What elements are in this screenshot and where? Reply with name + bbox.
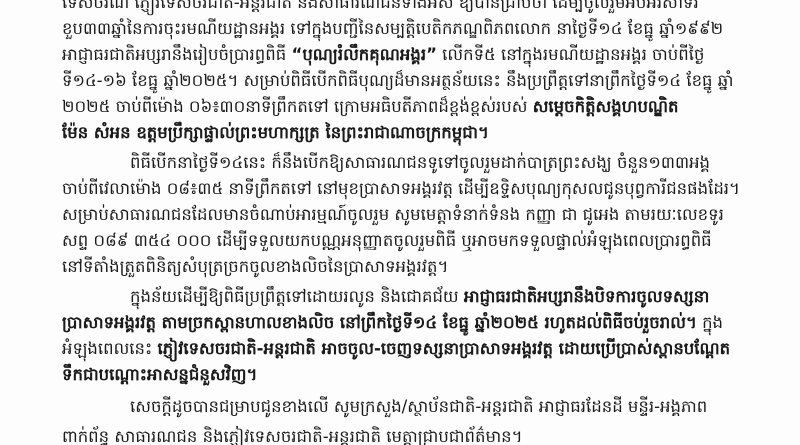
text-segment: ក្នុងន័យដើម្បីឱ្យពិធីប្រព្រឹត្តទៅដោយរលូន…	[130, 287, 464, 306]
text-line: ម៉ែន សំអន ឧត្តមប្រឹក្សាផ្ទាល់ព្រះមហាក្សត…	[62, 120, 742, 146]
alternate-access-notice: ទឹកជាបណ្តោះអាសន្នជំនួសវិញ។	[62, 365, 257, 384]
text-segment: ២០២៥ ចាប់ពីម៉ោង ០៦៖៣០នាទីព្រឹកតទៅ ក្រោមអ…	[62, 97, 533, 116]
text-line: នៅទីតាំងត្រួតពិនិត្យសំបុត្រច្រកចូលខាងលិច…	[62, 254, 742, 280]
text-line: សព្ទ ០៨៩ ៣៥៤ ០០០ ដើម្បីទទួលយកបណ្ណអនុញ្ញា…	[62, 228, 742, 254]
text-line: ក្នុងន័យដើម្បីឱ្យពិធីប្រព្រឹត្តទៅដោយរលូន…	[130, 284, 742, 310]
document-page: ទេសចរណ៍ ភ្ញៀវទេសចរជាតិ-អន្តរជាតិ និងសាធា…	[0, 0, 800, 445]
text-line: ខួប៣៣ឆ្នាំនៃការចុះរមណីយដ្ឋានអង្គរ ទៅក្នុ…	[62, 16, 742, 42]
text-segment: ពាក់ព័ន្ធ សាធារណជន និងភ្ញៀវទេសចរជាតិ-អន្…	[62, 427, 523, 445]
text-segment: សេចក្តីដូចបានជម្រាបជូនខាងលើ សូមក្រសួង/ស្…	[130, 397, 707, 416]
text-segment: អាជ្ញាធរជាតិអប្សរានឹងរៀបចំប្រារព្ធពិធី	[62, 45, 291, 64]
text-line: អាជ្ញាធរជាតិអប្សរានឹងរៀបចំប្រារព្ធពិធី “…	[62, 42, 742, 68]
text-line: ទឹកជាបណ្តោះអាសន្នជំនួសវិញ។	[62, 362, 742, 388]
text-line: ពាក់ព័ន្ធ សាធារណជន និងភ្ញៀវទេសចរជាតិ-អន្…	[62, 424, 742, 445]
text-line: ប្រាសាទអង្គរវត្ត តាមច្រកស្ពានហាលខាងលិច ន…	[62, 310, 742, 336]
text-segment: ទី១៤-១៦ ខែធ្នូ ឆ្នាំ២០២៥។ សម្រាប់ពិធីបើក…	[62, 71, 733, 90]
event-title: “បុណ្យរំលឹកគុណអង្គរ”	[291, 45, 436, 64]
phone-number-line: សព្ទ ០៨៩ ៣៥៤ ០០០ ដើម្បីទទួលយកបណ្ណអនុញ្ញា…	[62, 231, 712, 250]
text-segment: ក្នុង	[697, 313, 723, 332]
text-line: សម្រាប់សាធារណជនដែលមានចំណាប់អារម្មណ៍ចូលរួ…	[62, 202, 742, 228]
text-line: សេចក្តីដូចបានជម្រាបជូនខាងលើ សូមក្រសួង/ស្…	[130, 394, 742, 420]
alternate-access-notice: ភ្ញៀវទេសចរជាតិ-អន្តរជាតិ អាចចូល-ចេញទស្សន…	[157, 339, 730, 358]
text-segment: ខួប៣៣ឆ្នាំនៃការចុះរមណីយដ្ឋានអង្គរ ទៅក្នុ…	[62, 19, 723, 38]
text-line: ២០២៥ ចាប់ពីម៉ោង ០៦៖៣០នាទីព្រឹកតទៅ ក្រោមអ…	[62, 94, 742, 120]
text-segment: នៅទីតាំងត្រួតពិនិត្យសំបុត្រច្រកចូលខាងលិច…	[62, 257, 448, 276]
text-segment: លើកទី៥ នៅក្នុងរមណីយដ្ឋានអង្គរ ចាប់ពីថ្ងៃ	[437, 45, 705, 64]
dignitary-name: ម៉ែន សំអន ឧត្តមប្រឹក្សាផ្ទាល់ព្រះមហាក្សត…	[62, 123, 489, 142]
text-segment: សម្រាប់សាធារណជនដែលមានចំណាប់អារម្មណ៍ចូលរួ…	[62, 205, 724, 224]
text-segment: ពិធីបើកនាថ្ងៃទី១៤នេះ ក៏នឹងបើកឱ្យសាធារណជន…	[130, 153, 710, 172]
closure-notice: អាជ្ញាធរជាតិអប្សរានឹងបិទការចូលទស្សនា	[464, 287, 710, 306]
text-line: អំឡុងពេលនេះ ភ្ញៀវទេសចរជាតិ-អន្តរជាតិ អាច…	[62, 336, 742, 362]
closure-notice: ប្រាសាទអង្គរវត្ត តាមច្រកស្ពានហាលខាងលិច ន…	[62, 313, 697, 332]
text-segment: អំឡុងពេលនេះ	[62, 339, 157, 358]
dignitary-title: សម្តេចកិត្តិសង្គហបណ្ឌិត	[533, 97, 679, 116]
text-line: ចាប់ពីវេលាម៉ោង ០៨៖៣៥ នាទីព្រឹកតទៅ នៅមុខប…	[62, 176, 742, 202]
text-line: ទេសចរណ៍ ភ្ញៀវទេសចរជាតិ-អន្តរជាតិ និងសាធា…	[62, 0, 742, 16]
text-line: ទី១៤-១៦ ខែធ្នូ ឆ្នាំ២០២៥។ សម្រាប់ពិធីបើក…	[62, 68, 742, 94]
text-line: ពិធីបើកនាថ្ងៃទី១៤នេះ ក៏នឹងបើកឱ្យសាធារណជន…	[130, 150, 742, 176]
text-segment: ទេសចរណ៍ ភ្ញៀវទេសចរជាតិ-អន្តរជាតិ និងសាធា…	[62, 0, 699, 12]
text-segment: ចាប់ពីវេលាម៉ោង ០៨៖៣៥ នាទីព្រឹកតទៅ នៅមុខប…	[62, 179, 740, 198]
